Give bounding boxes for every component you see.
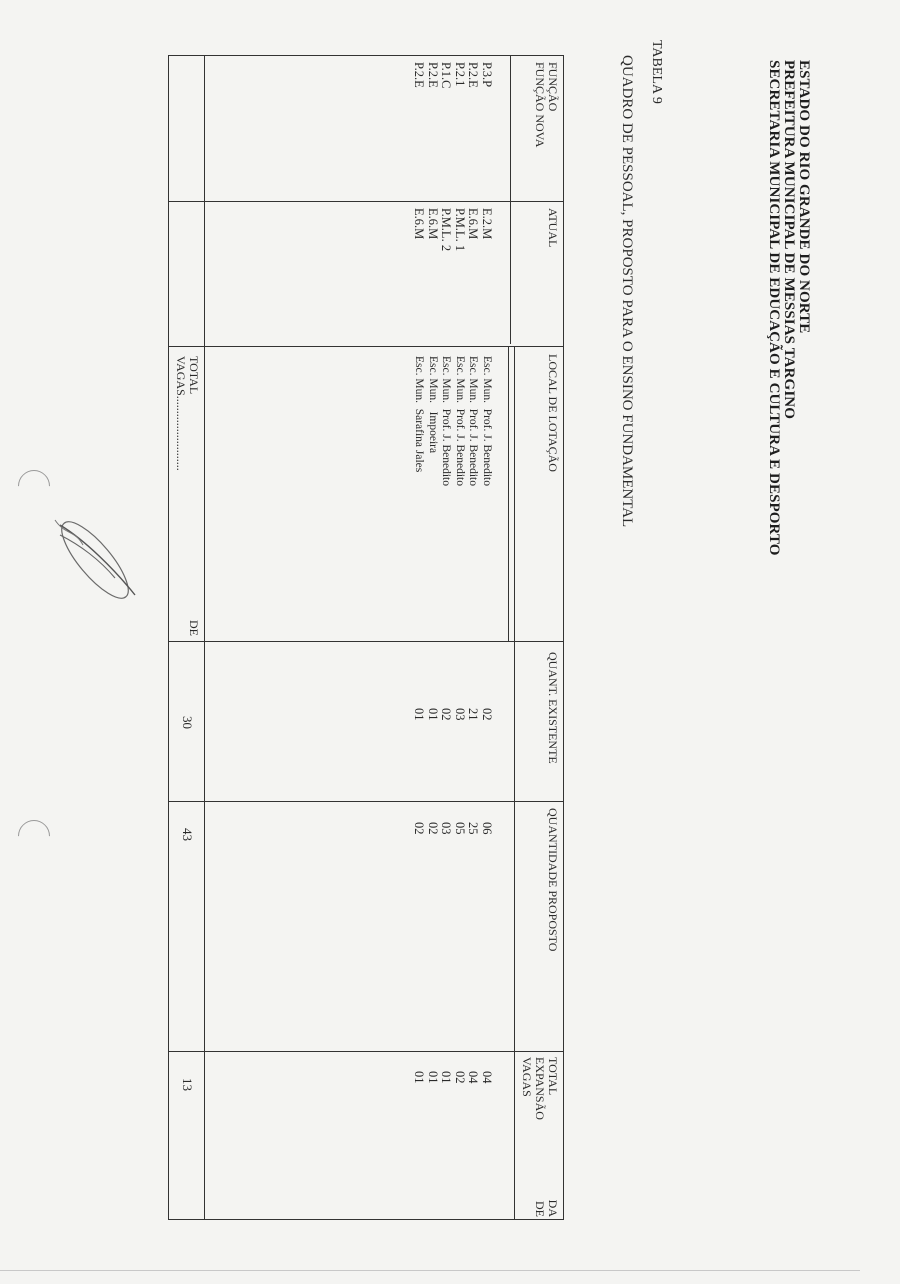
table-cell: 02 — [453, 1071, 467, 1084]
scanned-page: ESTADO DO RIO GRANDE DO NORTE PREFEITURA… — [0, 0, 900, 1284]
total-label: TOTALDE VAGAS......................... — [174, 356, 200, 636]
table-cell: 06 — [480, 822, 494, 835]
table-cell: 01 — [412, 1071, 426, 1084]
table-cell: 03 — [439, 822, 453, 835]
table-cell: 04 — [480, 1071, 494, 1084]
header-state: ESTADO DO RIO GRANDE DO NORTE — [795, 60, 812, 333]
col-divider — [169, 801, 563, 802]
table-cell: E.6.M — [426, 208, 440, 251]
table-cell: P.3.P — [480, 62, 494, 88]
col-header-existente: QUANT. EXISTENTE — [546, 652, 559, 764]
table-cell: P.M.L. 2 — [439, 208, 453, 251]
table-cell: 02 — [412, 822, 426, 835]
total-row-divider — [204, 56, 205, 1219]
table-cell: Esc. Mun. Prof. J. Benedito — [480, 356, 494, 486]
col-existente-values: 02 21 03 02 01 01 — [412, 708, 493, 721]
row-divider — [510, 56, 511, 344]
table-title: QUADRO DE PESSOAL, PROPOSTO PARA O ENSIN… — [618, 55, 635, 527]
table-cell: Esc. Mun. Sarafina Jales — [412, 356, 426, 486]
table-cell: 21 — [466, 708, 480, 721]
table-cell: P.2.E — [466, 62, 480, 88]
col-header-proposto: QUANTIDADE PROPOSTO — [546, 808, 559, 951]
col-header-total-expansao: TOTALDA EXPANSÃODE VAGAS — [520, 1057, 559, 1217]
table-cell: 04 — [466, 1071, 480, 1084]
table-cell: P.1.C — [439, 62, 453, 88]
col-proposto-values: 06 25 05 03 02 02 — [412, 822, 493, 835]
table-cell: P.M.L. 1 — [453, 208, 467, 251]
table-cell: E.6.M — [412, 208, 426, 251]
table-cell: 03 — [453, 708, 467, 721]
col-divider — [169, 1051, 563, 1052]
table-cell: 02 — [439, 708, 453, 721]
table-cell: 01 — [412, 708, 426, 721]
table-cell: Esc. Mun. Prof. J. Benedito — [466, 356, 480, 486]
table-cell: 02 — [480, 708, 494, 721]
table-label: TABELA 9 — [648, 40, 664, 104]
table-cell: 02 — [426, 822, 440, 835]
col-divider — [169, 201, 563, 202]
row-divider — [508, 346, 509, 641]
punch-hole-mark — [11, 813, 56, 858]
header-secretariat: SECRETARIA MUNICIPAL DE EDUCAÇÃO E CULTU… — [765, 60, 782, 556]
col-local-values: Esc. Mun. Prof. J. Benedito Esc. Mun. Pr… — [412, 356, 493, 486]
col-divider — [169, 641, 564, 642]
col-atual-values: E.2.M E.6.M P.M.L. 1 P.M.L. 2 E.6.M E.6.… — [412, 208, 493, 251]
table-cell: 01 — [426, 708, 440, 721]
header-prefecture: PREFEITURA MUNICIPAL DE MESSIAS TARGINO — [780, 60, 797, 419]
table-cell: E.2.M — [480, 208, 494, 251]
table-cell: Esc. Mun. Impoeira — [426, 356, 440, 486]
total-proposto: 43 — [179, 828, 195, 841]
col-header-local: LOCAL DE LOTAÇÃO — [546, 354, 559, 472]
col-divider — [169, 346, 563, 347]
table-cell: E.6.M — [466, 208, 480, 251]
table-cell: 05 — [453, 822, 467, 835]
col-expansao-values: 04 04 02 01 01 01 — [412, 1071, 493, 1084]
table-cell: P.2.E — [426, 62, 440, 88]
personnel-table: FUNÇÃO FUNÇÃO NOVA ATUAL LOCAL DE LOTAÇÃ… — [168, 55, 564, 1220]
signature-icon — [35, 500, 155, 620]
table-cell: 01 — [426, 1071, 440, 1084]
col-header-funcao: FUNÇÃO FUNÇÃO NOVA — [533, 62, 559, 147]
table-cell: P.2.1 — [453, 62, 467, 88]
col-funcao-values: P.3.P P.2.E P.2.1 P.1.C P.2.E P.2.E — [412, 62, 493, 88]
table-cell: 01 — [439, 1071, 453, 1084]
total-existente: 30 — [179, 716, 195, 729]
page-edge-line — [0, 1270, 860, 1271]
table-cell: Esc. Mun. Prof. J. Benedito — [453, 356, 467, 486]
col-header-atual: ATUAL — [546, 208, 559, 247]
total-expansao: 13 — [179, 1078, 195, 1091]
table-cell: 25 — [466, 822, 480, 835]
row-divider — [514, 346, 515, 1219]
table-cell: P.2.E — [412, 62, 426, 88]
table-cell: Esc. Mun. Prof. J. Benedito — [439, 356, 453, 486]
